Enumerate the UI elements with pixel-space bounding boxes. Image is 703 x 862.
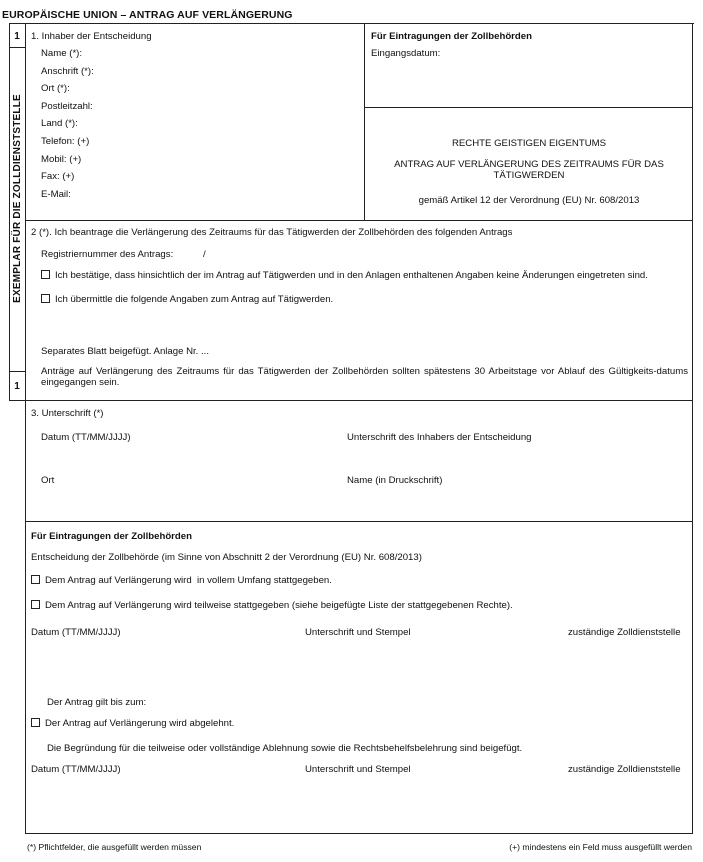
signature-place-label: Ort xyxy=(41,475,54,486)
holder-field-input[interactable] xyxy=(120,47,358,61)
rejection-office-label: zuständige Zolldienststelle xyxy=(568,764,681,775)
holder-field-label: Anschrift (*): xyxy=(41,66,94,77)
copy-number-top: 1 xyxy=(9,31,25,42)
approve-partial-checkbox[interactable] xyxy=(31,600,40,609)
customs-decision-heading: Für Eintragungen der Zollbehörden xyxy=(31,531,192,542)
customs-box-heading: Für Eintragungen der Zollbehörden xyxy=(371,31,532,42)
form-border-bottom xyxy=(25,833,693,834)
holder-field-label: Ort (*): xyxy=(41,83,70,94)
valid-until-label: Der Antrag gilt bis zum: xyxy=(47,697,146,708)
deadline-note: Anträge auf Verlängerung des Zeitraums f… xyxy=(41,366,688,388)
received-date-field[interactable] xyxy=(450,48,685,62)
registration-number-field[interactable] xyxy=(165,247,315,261)
reject-label: Der Antrag auf Verlängerung wird abgeleh… xyxy=(45,718,234,729)
document-title: EUROPÄISCHE UNION – ANTRAG AUF VERLÄNGER… xyxy=(2,9,293,21)
received-date-label: Eingangsdatum: xyxy=(371,48,440,59)
reject-checkbox[interactable] xyxy=(31,718,40,727)
confirm-no-changes-label: Ich bestätige, dass hinsichtlich der im … xyxy=(55,270,648,281)
confirm-no-changes-option[interactable]: Ich bestätige, dass hinsichtlich der im … xyxy=(41,270,648,281)
holder-field-label: Telefon: (+) xyxy=(41,136,89,147)
signature-date-label: Datum (TT/MM/JJJJ) xyxy=(41,432,131,443)
holder-signature-label: Unterschrift des Inhabers der Entscheidu… xyxy=(347,432,532,443)
holder-field-input[interactable] xyxy=(120,170,358,184)
holder-field-label: Land (*): xyxy=(41,118,78,129)
form-border-left xyxy=(25,23,26,834)
margin-bottom-border xyxy=(9,400,26,401)
holder-field-input[interactable] xyxy=(120,188,358,202)
registration-number-label: Registriernummer des Antrags: xyxy=(41,249,173,260)
section3-heading: 3. Unterschrift (*) xyxy=(31,408,104,419)
holder-field-input[interactable] xyxy=(120,82,358,96)
form-border-top xyxy=(9,23,694,24)
customs-box-bottom xyxy=(364,107,693,108)
printed-name-label: Name (in Druckschrift) xyxy=(347,475,442,486)
vertical-copy-label: EXEMPLAR FÜR DIE ZOLLDIENSTSTELLE xyxy=(9,47,25,350)
holder-field-label: Postleitzahl: xyxy=(41,101,93,112)
holder-field-label: E-Mail: xyxy=(41,189,71,200)
submit-following-data-option[interactable]: Ich übermittle die folgende Angaben zum … xyxy=(41,294,333,305)
section3-bottom xyxy=(25,521,693,522)
title-regulation-reference: gemäß Artikel 12 der Verordnung (EU) Nr.… xyxy=(366,195,692,206)
holder-field-input[interactable] xyxy=(120,117,358,131)
submit-following-data-label: Ich übermittle die folgende Angaben zum … xyxy=(55,294,333,305)
footnote-at-least-one: (+) mindestens ein Feld muss ausgefüllt … xyxy=(509,842,692,852)
decision-intro: Entscheidung der Zollbehörde (im Sinne v… xyxy=(31,552,422,563)
holder-field-input[interactable] xyxy=(120,100,358,114)
approve-full-checkbox[interactable] xyxy=(31,575,40,584)
copy-number-bottom: 1 xyxy=(9,381,25,392)
approve-full-option[interactable]: Dem Antrag auf Verlängerung wird in voll… xyxy=(31,575,332,586)
holder-field-label: Name (*): xyxy=(41,48,82,59)
approval-office-label: zuständige Zolldienststelle xyxy=(568,627,681,638)
form-border-right xyxy=(692,23,693,834)
rejection-signature-label: Unterschrift und Stempel xyxy=(305,764,411,775)
footnote-mandatory: (*) Pflichtfelder, die ausgefüllt werden… xyxy=(27,842,201,852)
separate-sheet-note: Separates Blatt beigefügt. Anlage Nr. ..… xyxy=(41,346,209,357)
approve-partial-option[interactable]: Dem Antrag auf Verlängerung wird teilwei… xyxy=(31,600,513,611)
holder-field-input[interactable] xyxy=(120,153,358,167)
reject-option[interactable]: Der Antrag auf Verlängerung wird abgeleh… xyxy=(31,718,234,729)
rejection-date-label: Datum (TT/MM/JJJJ) xyxy=(31,764,121,775)
approve-full-label: Dem Antrag auf Verlängerung wird in voll… xyxy=(45,575,332,586)
justification-note: Die Begründung für die teilweise oder vo… xyxy=(47,743,522,754)
holder-field-input[interactable] xyxy=(120,135,358,149)
section2-bottom xyxy=(25,400,693,401)
approval-date-label: Datum (TT/MM/JJJJ) xyxy=(31,627,121,638)
holder-field-label: Fax: (+) xyxy=(41,171,74,182)
approve-partial-label: Dem Antrag auf Verlängerung wird teilwei… xyxy=(45,600,513,611)
vertical-copy-label-text: EXEMPLAR FÜR DIE ZOLLDIENSTSTELLE xyxy=(12,94,23,303)
section1-bottom xyxy=(25,220,693,221)
title-request-heading: ANTRAG AUF VERLÄNGERUNG DES ZEITRAUMS FÜ… xyxy=(380,159,678,181)
holder-field-label: Mobil: (+) xyxy=(41,154,81,165)
confirm-no-changes-checkbox[interactable] xyxy=(41,270,50,279)
approval-signature-label: Unterschrift und Stempel xyxy=(305,627,411,638)
section2-heading: 2 (*). Ich beantrage die Verlängerung de… xyxy=(31,227,512,238)
title-rights-heading: RECHTE GEISTIGEN EIGENTUMS xyxy=(366,138,692,149)
section1-heading: 1. Inhaber der Entscheidung xyxy=(31,31,152,42)
submit-following-data-checkbox[interactable] xyxy=(41,294,50,303)
holder-field-input[interactable] xyxy=(120,65,358,79)
margin-divider-bottom xyxy=(9,371,26,372)
section1-right-divider xyxy=(364,23,365,221)
